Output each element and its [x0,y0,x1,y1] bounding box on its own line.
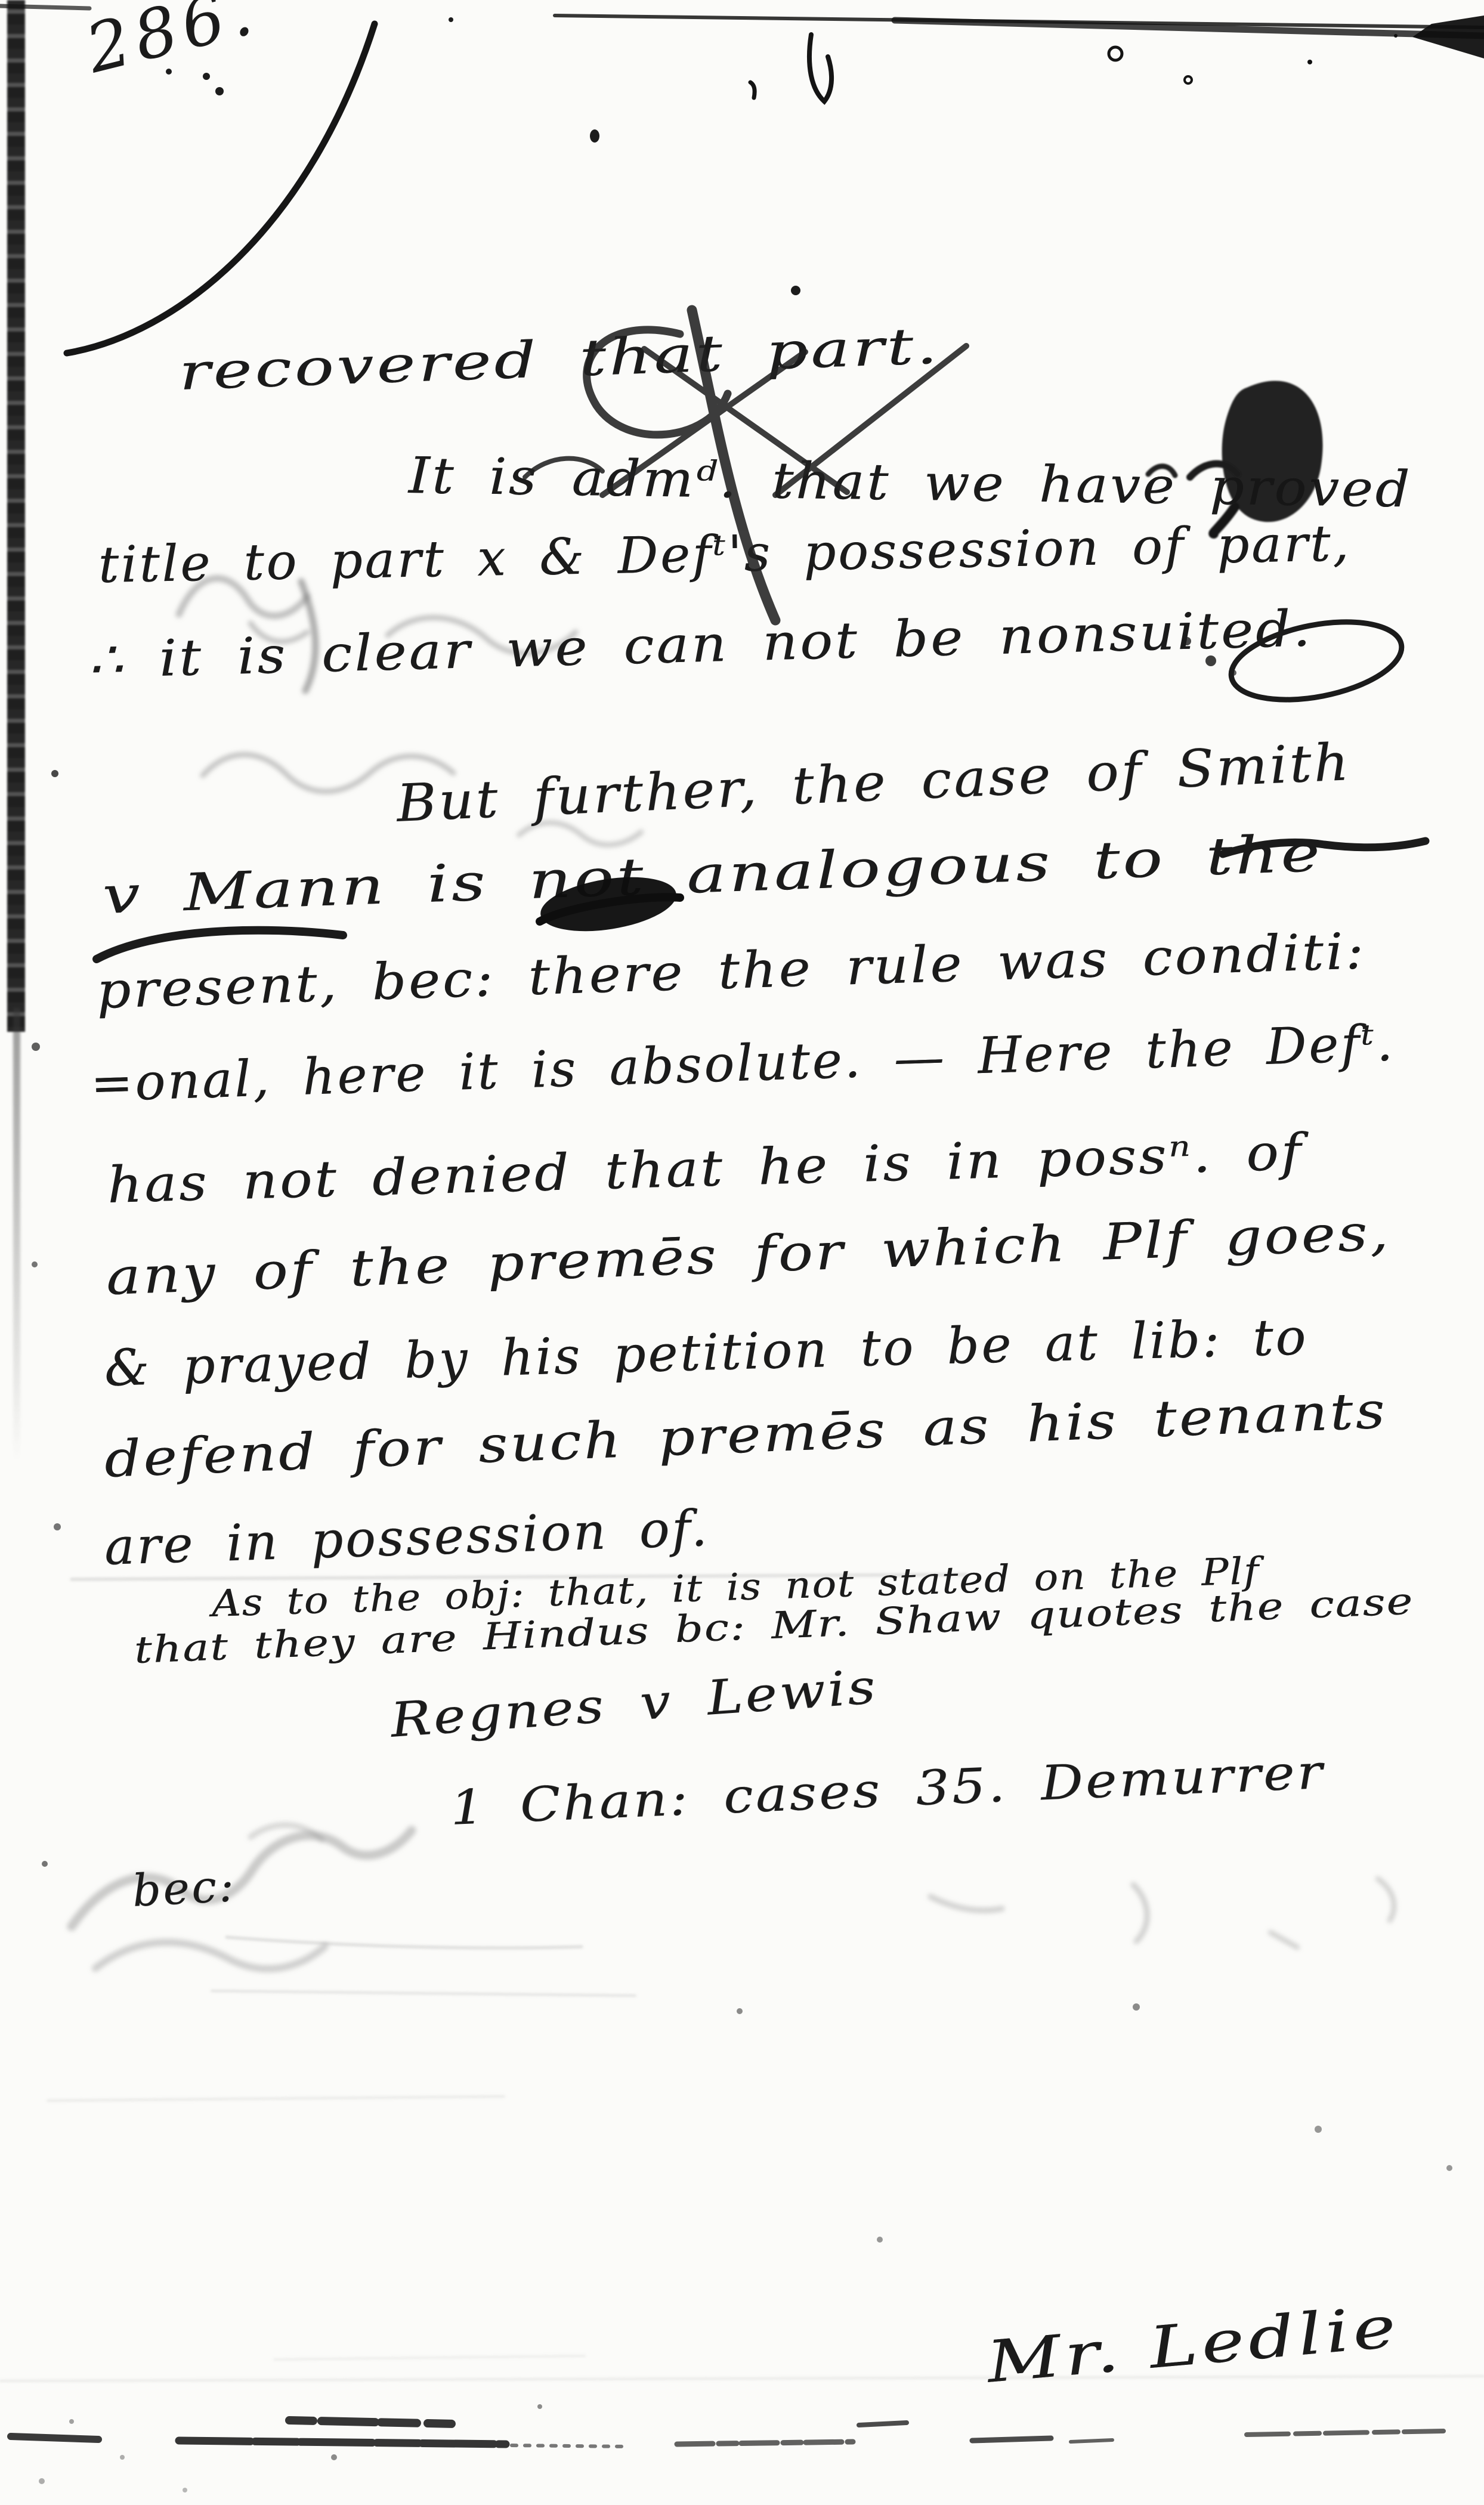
binding-edge [7,0,25,1032]
manuscript-line: present, bec: there the rule was conditi… [95,921,1366,1020]
manuscript-line: It is admᵈ. that we have proved [408,446,1412,518]
manuscript-line: =onal, here it is absolute. — Here the D… [89,1013,1395,1113]
manuscript-line: 1 Chan: cases 35. Demurrer [449,1744,1326,1836]
binding-edge-fade [13,1008,20,1461]
manuscript-line: Regnes v Lewis [389,1659,879,1748]
manuscript-line: But further, the case of Smith [395,732,1352,834]
manuscript-line: & prayed by his petition to be at lib: t… [104,1307,1309,1397]
manuscript-line: ∴ it is clear we can not be nonsuited. [88,599,1313,689]
signature: Mr. Ledlie [984,2293,1402,2396]
manuscript-line: v Mann is not analogous to the [101,824,1324,926]
page-number: 286. [79,0,265,88]
smudge-marks [11,2420,1443,2447]
manuscript-line: are in possession of. [103,1499,710,1576]
manuscript-line: any of the premēs for which Plf goes, [105,1203,1392,1306]
manuscript-line: bec: [131,1860,237,1917]
manuscript-line: recovered that part. [178,316,941,401]
manuscript-line: title to part x & Defᵗ's possession of p… [98,514,1351,594]
manuscript-line: has not denied that he is in possⁿ. of [107,1122,1304,1214]
manuscript-line: defend for such premēs as his tenants [103,1381,1388,1489]
manuscript-scan-page: 286. recovered that part. It is admᵈ. th… [0,0,1484,2505]
